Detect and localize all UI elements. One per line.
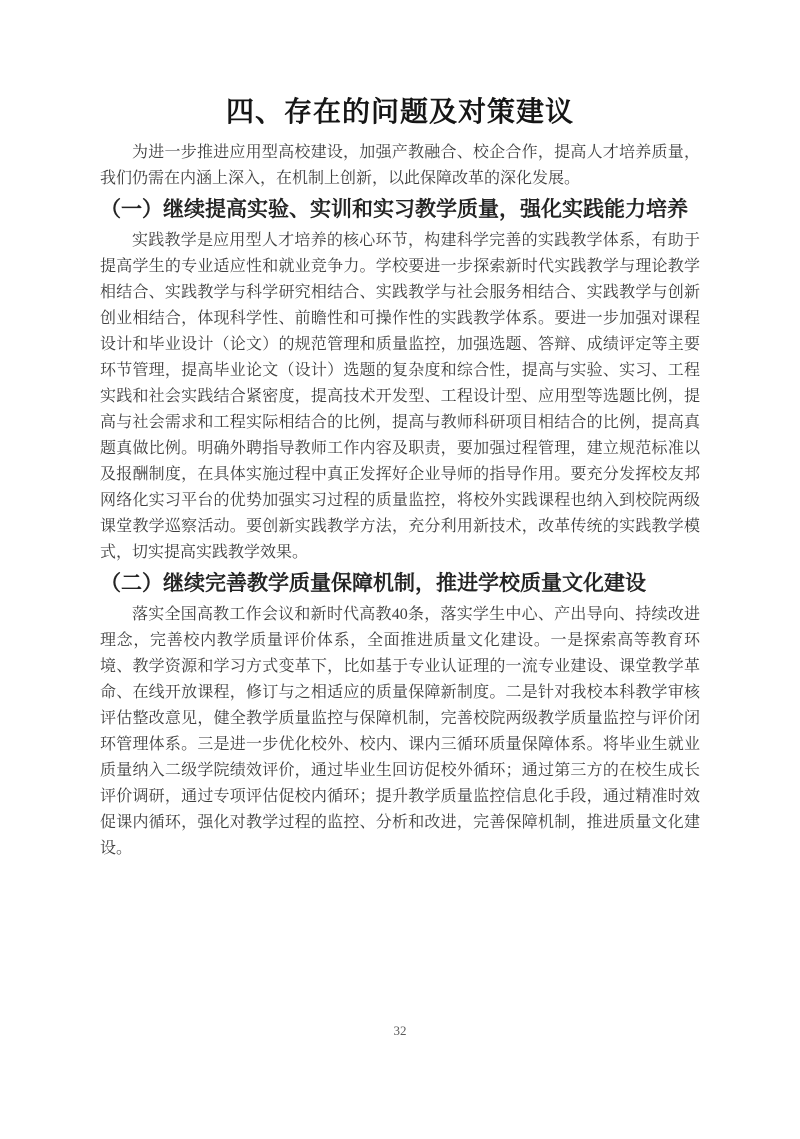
section-1-heading: （一）继续提高实验、实训和实习教学质量，强化实践能力培养: [100, 194, 700, 226]
document-title: 四、存在的问题及对策建议: [100, 94, 700, 130]
section-2: （二）继续完善教学质量保障机制，推进学校质量文化建设 落实全国高教工作会议和新时…: [100, 568, 700, 862]
intro-paragraph: 为进一步推进应用型高校建设，加强产教融合、校企合作，提高人才培养质量，我们仍需在…: [100, 140, 700, 192]
section-1-body: 实践教学是应用型人才培养的核心环节，构建科学完善的实践教学体系，有助于提高学生的…: [100, 228, 700, 566]
section-1: （一）继续提高实验、实训和实习教学质量，强化实践能力培养 实践教学是应用型人才培…: [100, 194, 700, 566]
page-number: 32: [394, 1023, 407, 1038]
section-2-heading: （二）继续完善教学质量保障机制，推进学校质量文化建设: [100, 568, 700, 600]
document-page: 四、存在的问题及对策建议 为进一步推进应用型高校建设，加强产教融合、校企合作，提…: [0, 0, 800, 1139]
section-2-body: 落实全国高教工作会议和新时代高教40条，落实学生中心、产出导向、持续改进理念，完…: [100, 602, 700, 862]
page-footer: 32: [0, 1022, 800, 1040]
